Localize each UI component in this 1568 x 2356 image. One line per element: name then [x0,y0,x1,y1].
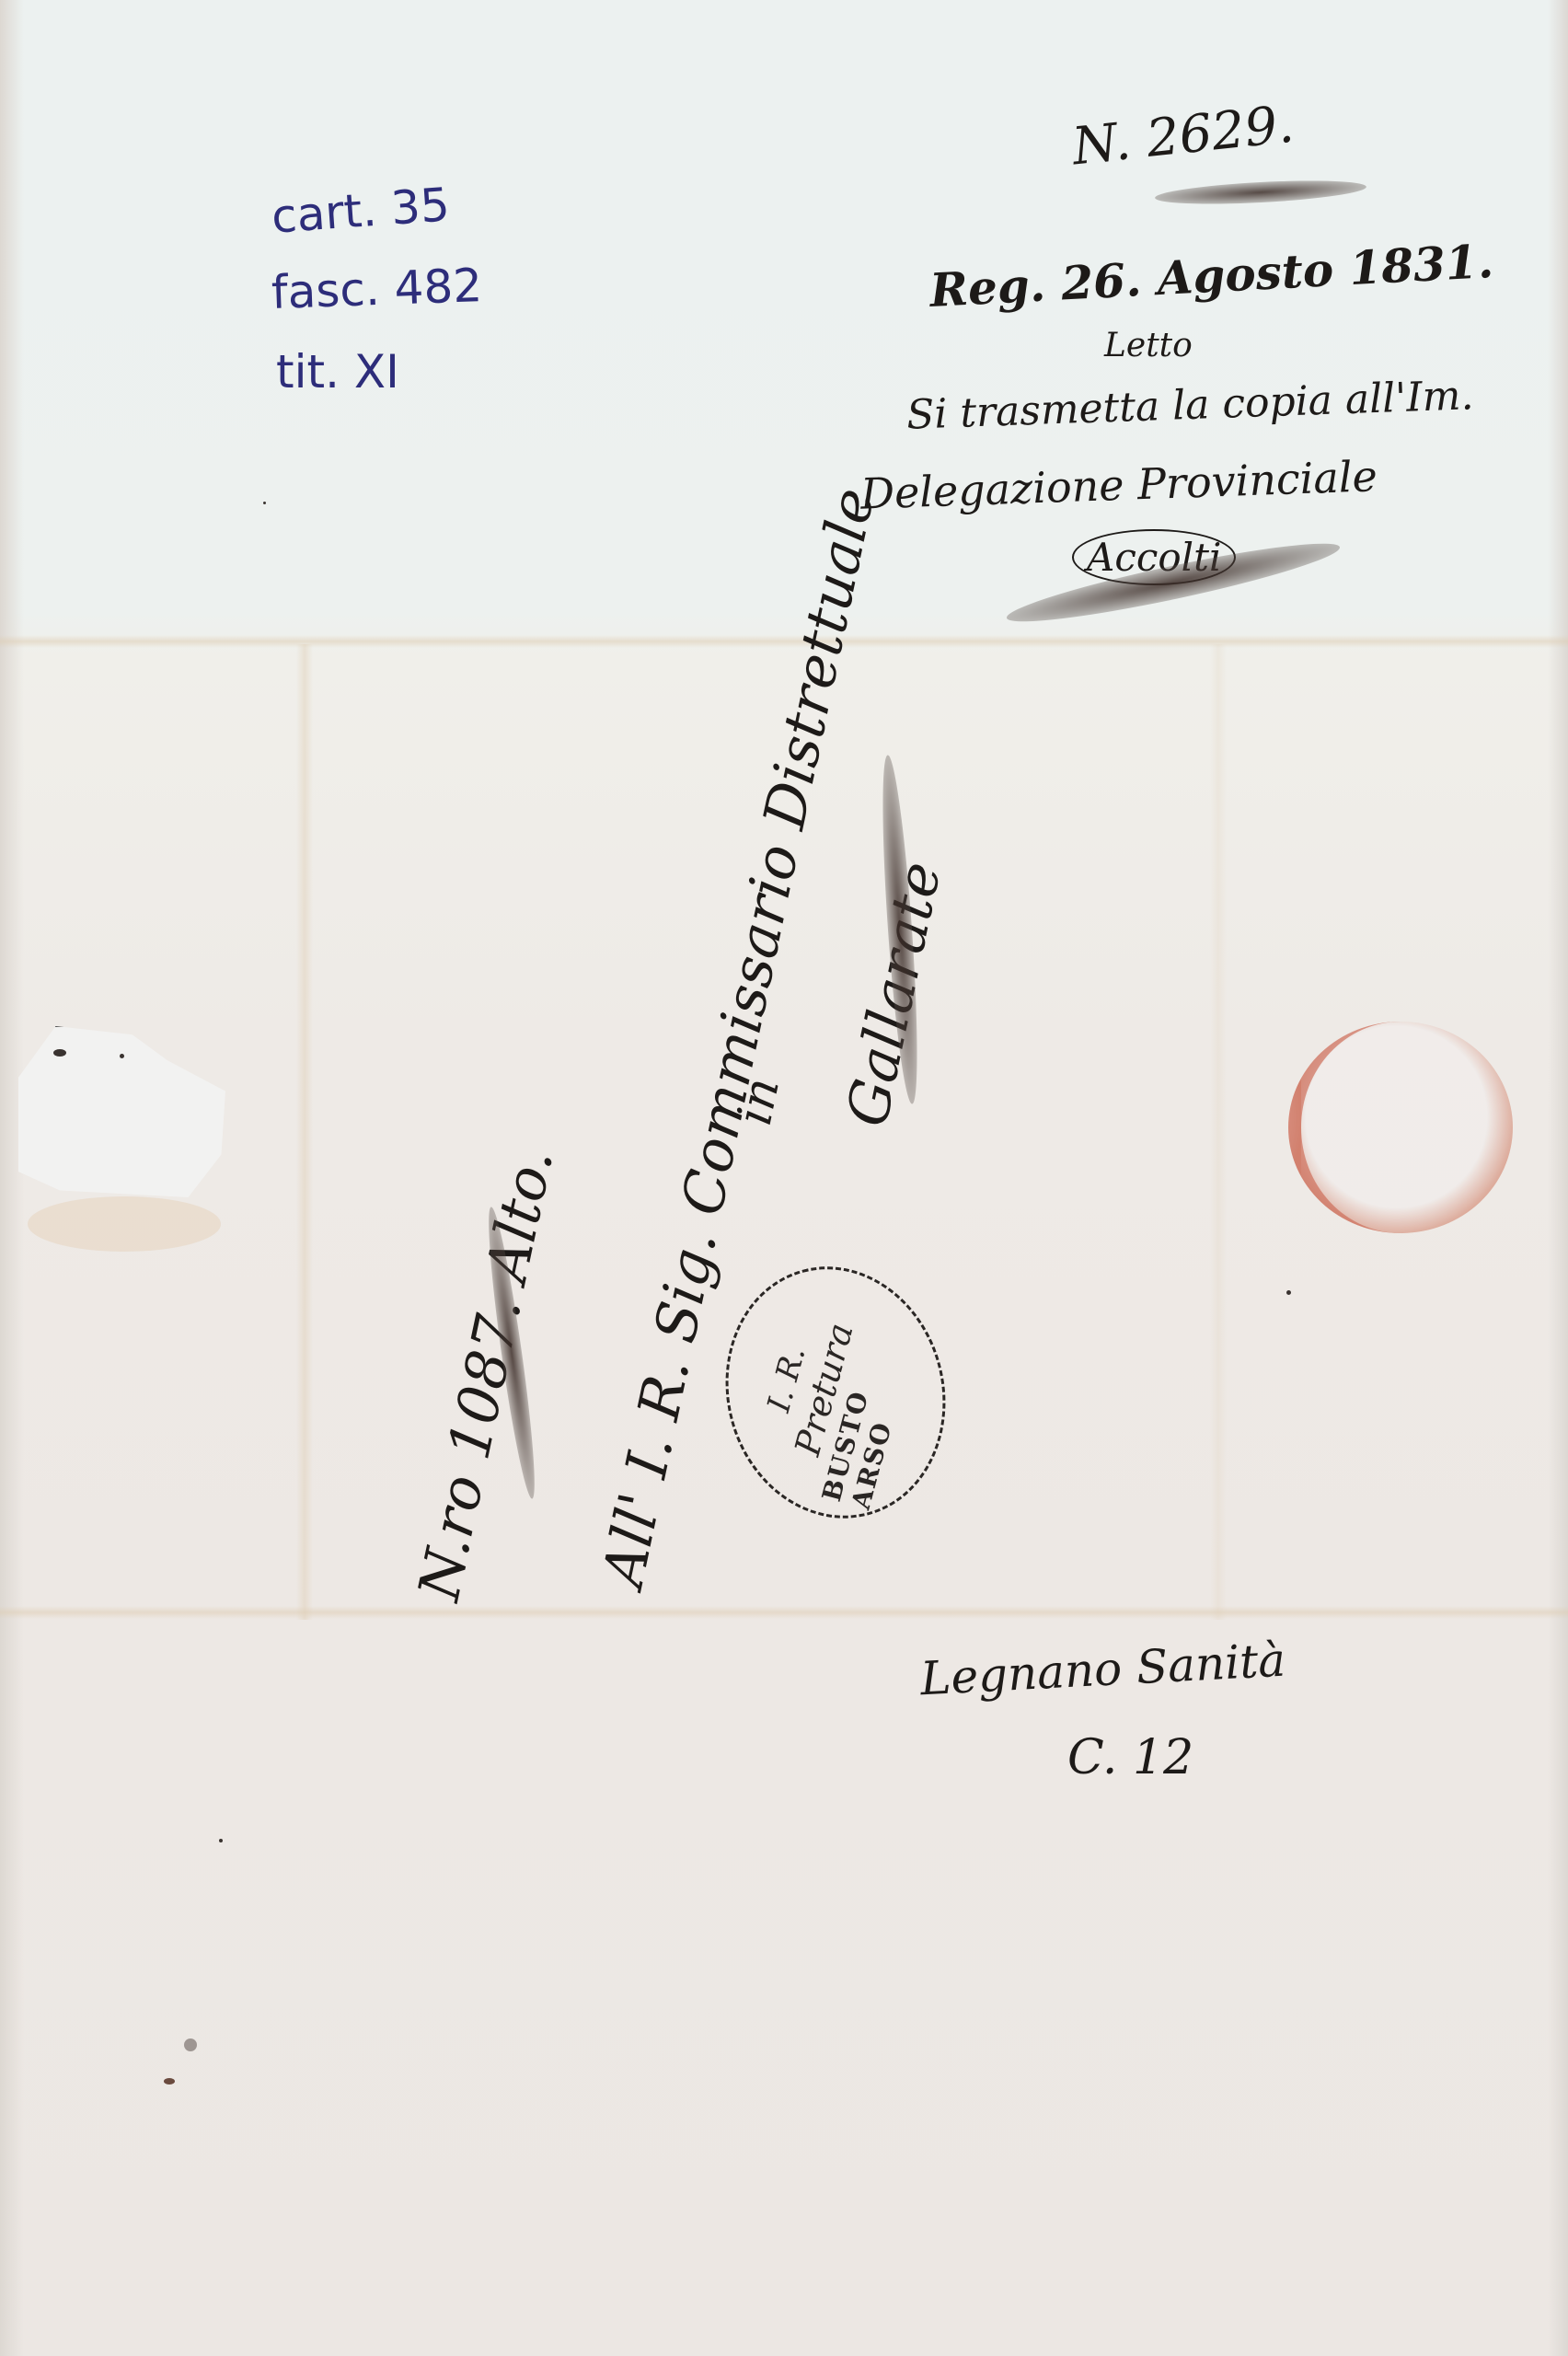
torn-paper-fragment [18,1026,225,1197]
wax-seal-remnant [1288,1022,1513,1233]
fold-line-right [1210,644,1227,1620]
registry-instruction-line1: Si trasmetta la copia all'Im. [905,372,1474,438]
ink-speck [164,2078,175,2085]
ink-speck [1286,1290,1291,1295]
sender-note-line1: Legnano Sanità [919,1634,1287,1706]
ink-flourish [1155,177,1367,208]
document-sheet: cart. 35 fasc. 482 tit. XI N. 2629. Reg.… [0,0,1568,2356]
pencil-mark [184,2038,197,2051]
registry-date: Reg. 26. Agosto 1831. [928,234,1494,318]
registry-note-letto: Letto [1104,327,1193,364]
registry-instruction-line2: Delegazione Provinciale [859,451,1378,519]
ink-speck [263,502,266,504]
archival-note-cartella: cart. 35 [270,178,451,243]
postal-stamp: I. R. Pretura BUSTO ARSO [698,1242,973,1543]
sender-note-line2: C. 12 [1067,1730,1193,1785]
archival-note-fascicolo: fasc. 482 [271,259,483,319]
fold-line-left [296,644,313,1620]
archival-note-titolo: tit. XI [276,345,399,398]
address-reference-number: N.ro 1087. Alto. [405,1143,566,1607]
fold-line-bottom [0,1606,1568,1619]
fold-line-top [0,635,1568,648]
paper-edge-right [1548,0,1568,2356]
paper-stain [28,1196,221,1252]
ink-speck [120,1054,124,1058]
ink-speck [53,1049,66,1057]
ink-speck [219,1839,223,1842]
paper-edge-left [0,0,24,2356]
registry-number: N. 2629. [1069,95,1297,178]
